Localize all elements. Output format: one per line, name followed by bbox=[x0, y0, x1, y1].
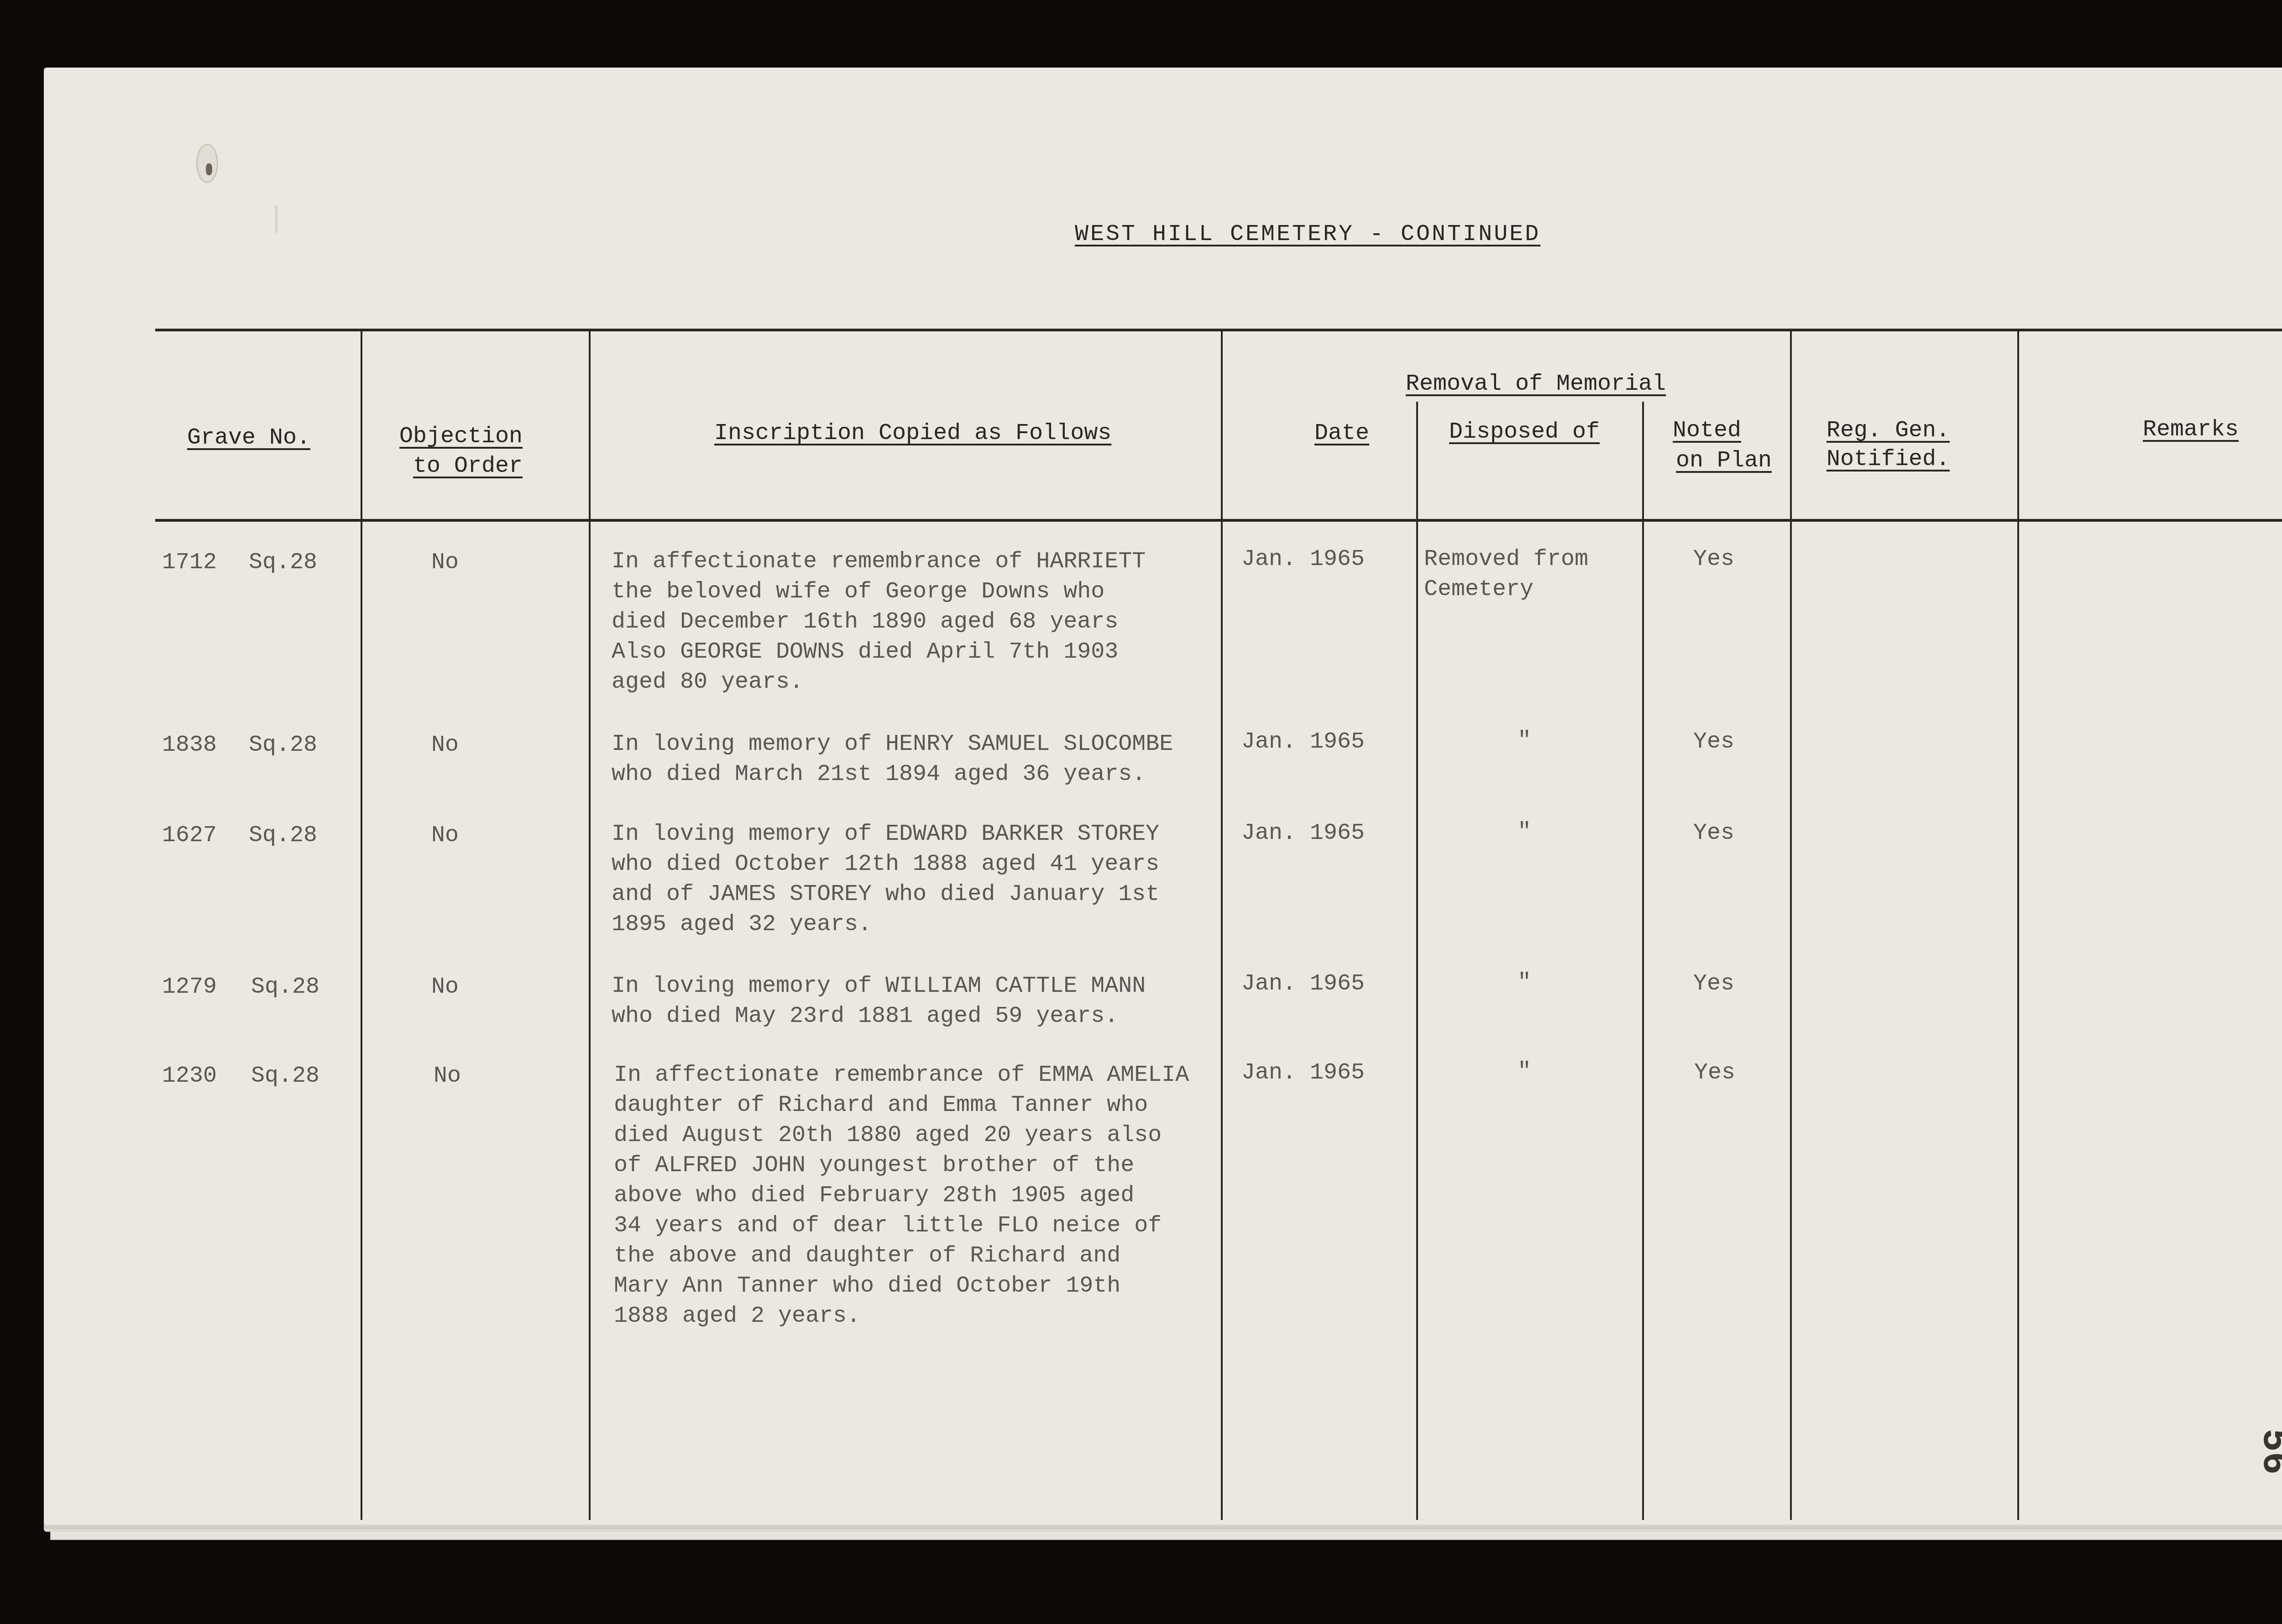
noted-on-plan-value: Yes bbox=[1693, 969, 1734, 999]
disposed-of-value: " bbox=[1518, 817, 1531, 847]
table-top-rule bbox=[155, 329, 2282, 331]
column-divider bbox=[2017, 329, 2019, 1520]
grave-number: 1230 bbox=[162, 1061, 217, 1091]
column-divider bbox=[1642, 402, 1644, 1520]
inscription-text: In loving memory of WILLIAM CATTLE MANN … bbox=[612, 971, 1146, 1032]
objection-value: No bbox=[434, 1061, 461, 1091]
column-divider bbox=[1790, 329, 1792, 1520]
paper-slit bbox=[275, 205, 277, 233]
objection-value: No bbox=[431, 730, 459, 760]
page-number: 56 bbox=[2252, 1429, 2282, 1475]
header-objection-line1: Objection bbox=[399, 422, 523, 451]
header-reg-gen-line1: Reg. Gen. bbox=[1827, 416, 1950, 445]
header-noted-line1: Noted bbox=[1673, 416, 1741, 445]
header-bottom-rule bbox=[155, 519, 2282, 522]
removal-date: Jan. 1965 bbox=[1241, 727, 1365, 757]
removal-date: Jan. 1965 bbox=[1241, 1058, 1365, 1088]
noted-on-plan-value: Yes bbox=[1693, 545, 1734, 575]
grave-square: Sq.28 bbox=[249, 730, 317, 760]
column-divider bbox=[361, 329, 362, 1520]
header-remarks: Remarks bbox=[2143, 415, 2239, 445]
noted-on-plan-value: Yes bbox=[1694, 1058, 1735, 1088]
column-divider bbox=[589, 329, 591, 1520]
header-noted-line2: on Plan bbox=[1676, 446, 1772, 476]
inscription-text: In loving memory of EDWARD BARKER STOREY… bbox=[612, 819, 1159, 940]
header-objection-line2: to Order bbox=[413, 452, 523, 481]
removal-date: Jan. 1965 bbox=[1241, 545, 1365, 575]
objection-value: No bbox=[431, 548, 459, 578]
header-grave-no: Grave No. bbox=[187, 424, 310, 453]
column-divider bbox=[1221, 329, 1223, 1520]
grave-number: 1627 bbox=[162, 821, 217, 851]
disposed-of-value: " bbox=[1518, 968, 1531, 998]
header-disposed-of: Disposed of bbox=[1449, 418, 1600, 447]
objection-value: No bbox=[431, 972, 459, 1002]
grave-square: Sq.28 bbox=[249, 548, 317, 578]
column-divider bbox=[1416, 402, 1418, 1520]
inscription-text: In loving memory of HENRY SAMUEL SLOCOMB… bbox=[612, 729, 1173, 790]
grave-number: 1279 bbox=[162, 972, 217, 1002]
header-date: Date bbox=[1314, 419, 1369, 448]
disposed-of-value: " bbox=[1518, 1057, 1531, 1087]
grave-square: Sq.28 bbox=[249, 821, 317, 851]
grave-square: Sq.28 bbox=[251, 972, 319, 1002]
page-title: WEST HILL CEMETERY - CONTINUED bbox=[1075, 221, 1540, 247]
disposed-of-value: Removed from Cemetery bbox=[1424, 545, 1588, 605]
disposed-of-value: " bbox=[1518, 726, 1531, 756]
inscription-text: In affectionate remembrance of EMMA AMEL… bbox=[614, 1060, 1189, 1331]
punch-hole bbox=[196, 144, 218, 183]
removal-date: Jan. 1965 bbox=[1241, 969, 1365, 999]
objection-value: No bbox=[431, 821, 459, 851]
header-inscription: Inscription Copied as Follows bbox=[714, 419, 1111, 448]
grave-number: 1838 bbox=[162, 730, 217, 760]
grave-number: 1712 bbox=[162, 548, 217, 578]
header-reg-gen-line2: Notified. bbox=[1827, 445, 1950, 474]
grave-square: Sq.28 bbox=[251, 1061, 319, 1091]
removal-date: Jan. 1965 bbox=[1241, 818, 1365, 849]
header-removal-of-memorial: Removal of Memorial bbox=[1406, 370, 1666, 399]
noted-on-plan-value: Yes bbox=[1693, 818, 1734, 849]
noted-on-plan-value: Yes bbox=[1693, 727, 1734, 757]
inscription-text: In affectionate remembrance of HARRIETT … bbox=[612, 547, 1146, 697]
